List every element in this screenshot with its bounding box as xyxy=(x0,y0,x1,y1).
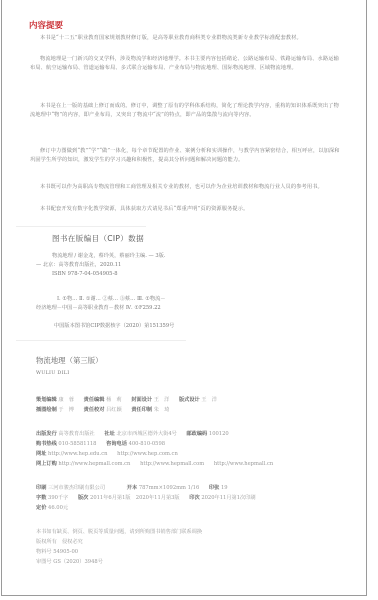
order-link[interactable]: http://www.hepmall.cn xyxy=(214,461,273,467)
abstract-paragraph: 修订中力图做到“教”“学”“做”一体化，每个章节配置的作业、案例分析和实训操作，… xyxy=(30,147,344,165)
order-link[interactable]: http://www.hepmall.com xyxy=(140,461,204,467)
divider xyxy=(16,226,146,227)
sheets-label: 印张 xyxy=(209,485,219,491)
edition-value: 2011年6月第1版 2020年11月第3版 xyxy=(90,495,180,501)
credit-label: 责任校对 xyxy=(84,407,105,413)
credit-value: 于 博 xyxy=(58,407,74,413)
postcode-label: 邮政编码 xyxy=(186,431,207,437)
copyright-notice: 版权所有 侵权必究 xyxy=(36,538,83,545)
book-pinyin: WULIU DILI xyxy=(36,371,69,376)
credit-label: 责任编辑 xyxy=(84,397,105,403)
credit-value: 朱 琦 xyxy=(154,407,170,413)
website-link[interactable]: http://www.hep.com.cn xyxy=(117,451,178,457)
credit-value: 康 蓉 xyxy=(58,397,74,403)
hotline-row: 购书热线 010-58581118 咨询电话 400-810-0598 xyxy=(36,440,165,447)
order-link[interactable]: http://www.hepmall.com.cn xyxy=(58,461,130,467)
credit-value: 王 洋 xyxy=(201,397,217,403)
publisher-label: 出版发行 xyxy=(36,431,57,437)
credit-label: 封面设计 xyxy=(131,397,152,403)
edition-row: 字数 390千字 版次 2011年6月第1版 2020年11月第3版 印次 20… xyxy=(36,494,256,501)
address-value: 北京市西城区德外大街4号 xyxy=(116,431,176,437)
cip-line: 物流地理 / 谢金龙，蔡玲英，蔡丽玲主编. — 3版. xyxy=(52,252,166,259)
abstract-paragraph: 物流地理是一门新兴的交叉学科，涉及物流学和经济地理学。本书主要内容包括绪论、公路… xyxy=(30,55,344,73)
website-link[interactable]: http://www.hep.edu.cn xyxy=(48,451,107,457)
impression-value: 2020年11月第1次印刷 xyxy=(201,495,255,501)
sheets-value: 19 xyxy=(221,485,228,491)
cip-classification: 经济地理－中国－高等职业教育－教材 Ⅳ. ①F259.22 xyxy=(36,304,161,311)
book-title: 物流地理（第三版） xyxy=(36,355,103,366)
hotline-value: 010-58581118 xyxy=(58,441,96,447)
order-row: 网上订购 http://www.hepmall.com.cn http://ww… xyxy=(36,460,273,467)
publisher-value: 高等教育出版社 xyxy=(58,431,94,437)
price-label: 定价 xyxy=(36,505,46,511)
cip-line: — 北京：高等教育出版社，2020.11 xyxy=(36,261,121,268)
words-label: 字数 xyxy=(36,495,46,501)
cip-title: 图书在版编目（CIP）数据 xyxy=(52,233,144,244)
abstract-paragraph: 本书是在上一版的基础上修订而成的。修订中，调整了原有的学科体系结构，简化了理论教… xyxy=(30,102,344,120)
website-label: 网址 xyxy=(36,451,46,457)
credit-value: 吕红颖 xyxy=(106,407,122,413)
credit-label: 插图绘制 xyxy=(36,407,57,413)
format-label: 开本 xyxy=(127,485,137,491)
hotline-label: 购书热线 xyxy=(36,441,57,447)
printer-value: 三河市骏杰印刷有限公司 xyxy=(48,485,105,491)
credits-row: 策划编辑 康 蓉 责任编辑 杨 莉 封面设计 王 洋 版式设计 王 洋 xyxy=(36,396,217,403)
price-value: 46.00元 xyxy=(48,505,68,511)
abstract-paragraph: 本书既可以作为高职高专物流管理和工商管理及相关专业的教材，也可以作为企业培训教材… xyxy=(30,183,344,192)
abstract-heading: 内容提要 xyxy=(29,19,63,31)
price-row: 定价 46.00元 xyxy=(36,504,68,511)
cip-record: 中国版本图书馆CIP数据核字（2020）第151359号 xyxy=(54,322,174,329)
consult-label: 咨询电话 xyxy=(106,441,127,447)
postcode-value: 100120 xyxy=(209,431,229,437)
cip-classification: Ⅰ. ①物… Ⅱ. ①谢… ②蔡… ③蔡… Ⅲ. ①物流－ xyxy=(57,295,165,302)
footer-note: 本书如有缺页、倒页、脱页等质量问题，请到所购图书销售部门联系调换 xyxy=(36,528,202,535)
credit-value: 杨 莉 xyxy=(106,397,122,403)
credit-value: 王 洋 xyxy=(154,397,170,403)
copyright-page: 内容提要 本书是“十二五”职业教育国家规划教材修订版，是高等职业教育商科类专业群… xyxy=(1,0,367,596)
edition-label: 版次 xyxy=(78,495,88,501)
divider xyxy=(16,340,186,341)
abstract-paragraph: 本书是“十二五”职业教育国家规划教材修订版，是高等职业教育商科类专业群物流类新专… xyxy=(30,34,344,43)
address-label: 社址 xyxy=(104,431,114,437)
credits-row: 插图绘制 于 博 责任校对 吕红颖 责任印制 朱 琦 xyxy=(36,406,169,413)
impression-label: 印次 xyxy=(189,495,199,501)
format-value: 787mm×1092mm 1/16 xyxy=(139,485,199,491)
order-label: 网上订购 xyxy=(36,461,57,467)
printing-row: 印刷 三河市骏杰印刷有限公司 开本 787mm×1092mm 1/16 印张 1… xyxy=(36,484,228,491)
words-value: 390千字 xyxy=(48,495,68,501)
credit-label: 策划编辑 xyxy=(36,397,57,403)
cip-isbn: ISBN 978-7-04-054905-8 xyxy=(52,271,118,277)
map-approval-number: 审图号 GS（2020）3948号 xyxy=(36,558,103,565)
material-number: 物料号 54905-00 xyxy=(36,548,78,555)
abstract-paragraph: 本书配套开发有数字化教学资源，具体获取方式请见书后“郑重声明”页的资源服务提示。 xyxy=(30,205,344,214)
website-row: 网址 http://www.hep.edu.cn http://www.hep.… xyxy=(36,450,178,457)
publisher-row: 出版发行 高等教育出版社 社址 北京市西城区德外大街4号 邮政编码 100120 xyxy=(36,430,229,437)
printer-label: 印刷 xyxy=(36,485,46,491)
credit-label: 版式设计 xyxy=(179,397,200,403)
consult-value: 400-810-0598 xyxy=(129,441,166,447)
credit-label: 责任印制 xyxy=(131,407,152,413)
